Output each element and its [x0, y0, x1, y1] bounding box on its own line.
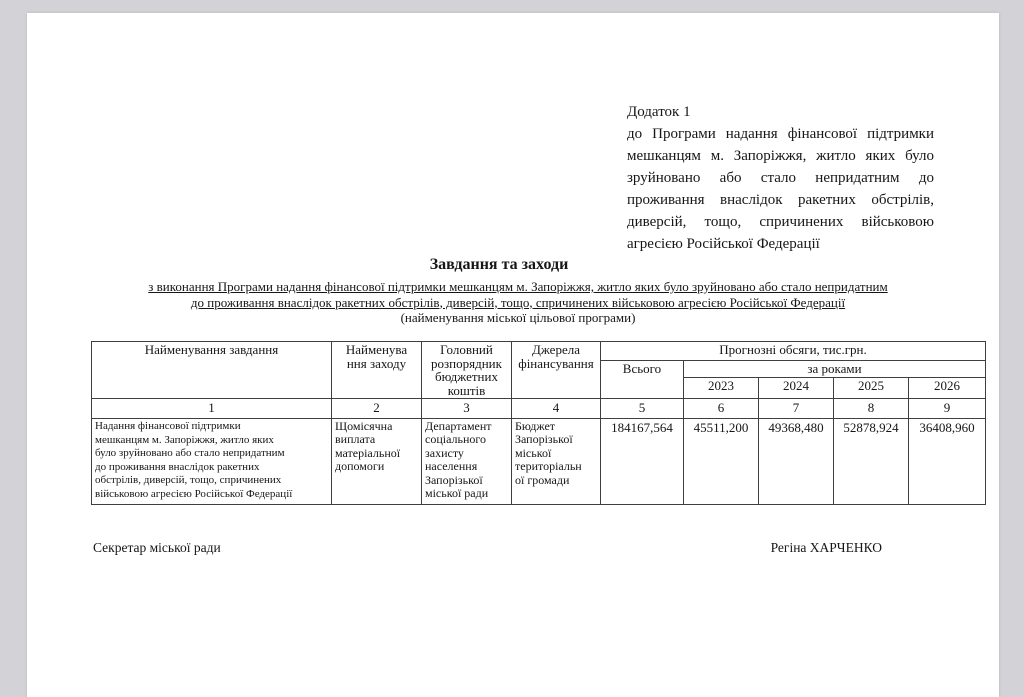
subtitle-line: з виконання Програми надання фінансової …	[27, 279, 1009, 295]
subtitle-caption: (найменування міської цільової програми)	[27, 310, 1009, 326]
cell-budget-manager: Департамент соціального захисту населенн…	[422, 419, 512, 505]
appendix-line: проживання внаслідок ракетних обстрілів,	[627, 189, 934, 211]
appendix-line: Додаток 1	[627, 101, 934, 123]
cell-amount-2024: 49368,480	[759, 419, 834, 505]
appendix-line: диверсій, тощо, спричинених військовою	[627, 211, 934, 233]
column-number: 8	[834, 399, 909, 419]
cell-amount-2025: 52878,924	[834, 419, 909, 505]
subtitle-line: до проживання внаслідок ракетних обстріл…	[27, 295, 1009, 311]
cell-measure-name: Щомісячна виплата матеріальної допомоги	[332, 419, 422, 505]
cell-task-name: Надання фінансової підтримки мешканцям м…	[92, 419, 332, 505]
program-subtitle: з виконання Програми надання фінансової …	[27, 279, 1009, 326]
column-header-year-2025: 2025	[834, 378, 909, 399]
appendix-line: зруйновано або стало непридатним до	[627, 167, 934, 189]
column-header-task: Найменування завдання	[92, 342, 332, 399]
column-header-budget-manager: Головний розпорядник бюджетних коштів	[422, 342, 512, 399]
table-row: Надання фінансової підтримки мешканцям м…	[92, 419, 986, 505]
appendix-block: Додаток 1 до Програми надання фінансової…	[627, 101, 934, 255]
column-number: 7	[759, 399, 834, 419]
appendix-line: до Програми надання фінансової підтримки	[627, 123, 934, 145]
cell-amount-2023: 45511,200	[684, 419, 759, 505]
appendix-line: агресією Російської Федерації	[627, 233, 934, 255]
column-header-year-2023: 2023	[684, 378, 759, 399]
column-header-forecast-volumes: Прогнозні обсяги, тис.грн.	[601, 342, 986, 361]
column-number: 3	[422, 399, 512, 419]
signer-position: Секретар міської ради	[93, 540, 221, 556]
column-number: 6	[684, 399, 759, 419]
column-header-total: Всього	[601, 361, 684, 399]
column-header-funding-source: Джерела фінансування	[512, 342, 601, 399]
column-number: 9	[909, 399, 986, 419]
column-header-measure: Найменува ння заходу	[332, 342, 422, 399]
column-number: 2	[332, 399, 422, 419]
column-header-year-2024: 2024	[759, 378, 834, 399]
cell-total-amount: 184167,564	[601, 419, 684, 505]
column-number: 5	[601, 399, 684, 419]
page-title: Завдання та заходи	[27, 256, 971, 273]
tasks-and-measures-table: Найменування завдання Найменува ння захо…	[91, 341, 986, 505]
signer-name: Регіна ХАРЧЕНКО	[771, 540, 882, 556]
cell-amount-2026: 36408,960	[909, 419, 986, 505]
document-viewer-canvas: Додаток 1 до Програми надання фінансової…	[0, 0, 1024, 697]
cell-funding-source: Бюджет Запорізької міської територіальн …	[512, 419, 601, 505]
column-numbering-row: 1 2 3 4 5 6 7 8 9	[92, 399, 986, 419]
document-page: Додаток 1 до Програми надання фінансової…	[27, 13, 999, 697]
column-number: 4	[512, 399, 601, 419]
appendix-line: мешканцям м. Запоріжжя, житло яких було	[627, 145, 934, 167]
column-header-year-2026: 2026	[909, 378, 986, 399]
column-number: 1	[92, 399, 332, 419]
column-header-by-years: за роками	[684, 361, 986, 378]
signature-line: Секретар міської ради Регіна ХАРЧЕНКО	[93, 540, 882, 556]
